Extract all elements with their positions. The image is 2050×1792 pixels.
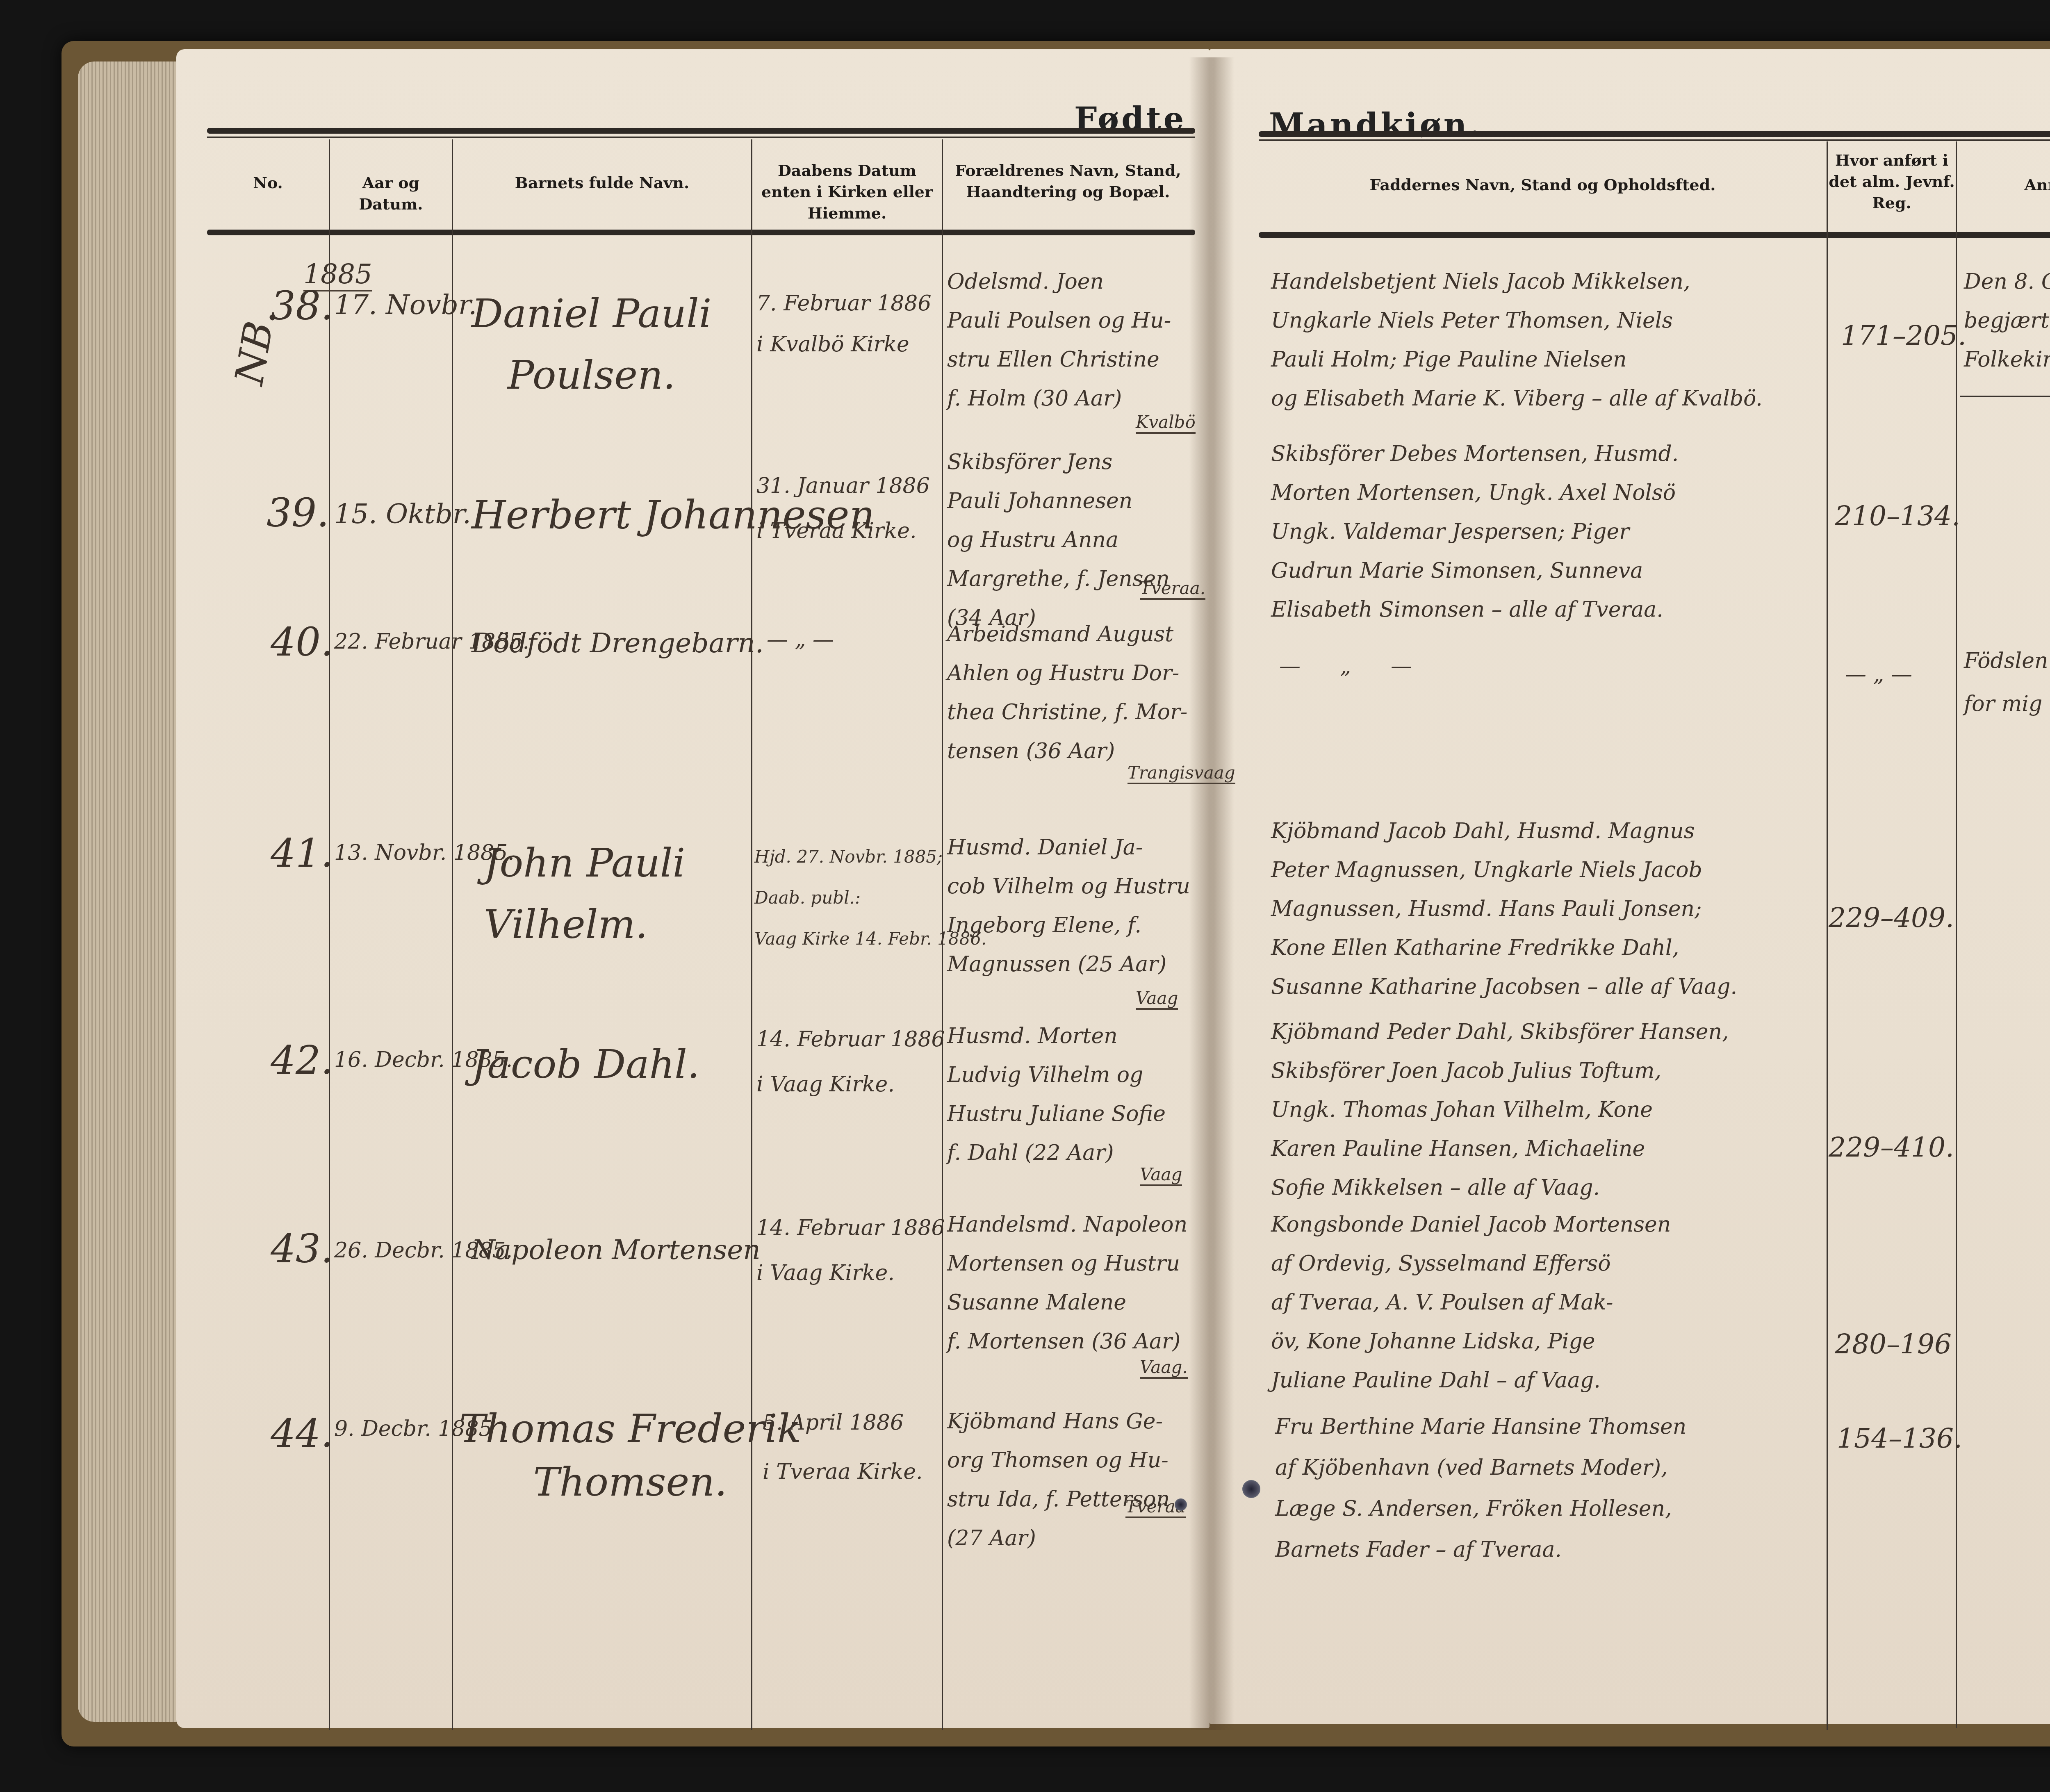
entry-number: 38. [271, 283, 333, 329]
column-header-godparents: Faddernes Navn, Stand og Opholdsfted. [1259, 174, 1827, 196]
column-divider [1827, 141, 1828, 1730]
remarks-divider [1960, 396, 2050, 397]
child-name: Thomas Frederik Thomsen. [459, 1402, 801, 1509]
column-header-parents: Forældrenes Navn, Stand, Haandtering og … [943, 160, 1193, 203]
header-bottom-rule [207, 230, 1195, 235]
register-ref: 280–196 [1835, 1328, 1952, 1360]
residence: Kvalbö [1136, 412, 1196, 434]
residence: Tveraa. [1140, 578, 1205, 600]
residence: Vaag [1136, 988, 1178, 1010]
entry-number: 43. [271, 1226, 333, 1272]
baptism-date: 14. Februar 1886 i Vaag Kirke. [756, 1205, 945, 1296]
right-heading: Mandkiøn. [1269, 107, 1483, 144]
parents: Husmd. Daniel Ja- cob Vilhelm og Hustru … [947, 828, 1190, 984]
godparents: Fru Berthine Marie Hansine Thomsen af Kj… [1275, 1406, 1686, 1570]
column-header-date: Aar og Datum. [330, 172, 452, 215]
child-name: Daniel Pauli Poulsen. [471, 283, 712, 406]
parents: Odelsmd. Joen Pauli Poulsen og Hu- stru … [947, 262, 1171, 418]
child-name: Dödfödt Drengebarn. [471, 627, 764, 659]
residence: Trangisvaag [1127, 763, 1235, 784]
header-top-thin-rule [207, 137, 1195, 138]
child-name: Napoleon Mortensen [471, 1234, 761, 1266]
left-page-edges [78, 61, 180, 1722]
godparents: Kjöbmand Jacob Dahl, Husmd. Magnus Peter… [1271, 812, 1737, 1006]
godparents: Kjöbmand Peder Dahl, Skibsförer Hansen, … [1271, 1013, 1729, 1207]
page-hole [1242, 1480, 1260, 1498]
entry-number: 44. [271, 1410, 333, 1456]
parents: Handelsmd. Napoleon Mortensen og Hustru … [947, 1205, 1187, 1361]
column-header-no: No. [207, 172, 329, 194]
column-header-register: Hvor anført i det alm. Jevnf. Reg. [1828, 150, 1956, 214]
column-divider [329, 139, 330, 1730]
parents: Kjöbmand Hans Ge- org Thomsen og Hu- str… [947, 1402, 1170, 1558]
baptism-date: 14. Februar 1886 i Vaag Kirke. [756, 1017, 945, 1107]
entry-number: 42. [271, 1037, 333, 1083]
entry-number: 39. [266, 490, 329, 536]
register-ref: 154–136. [1837, 1423, 1962, 1454]
godparents: Handelsbetjent Niels Jacob Mikkelsen, Un… [1271, 262, 1763, 418]
baptism-date: 5. April 1886 i Tveraa Kirke. [763, 1398, 923, 1496]
remarks: Den 8. Oktober 1912 begjært sig udmeldt … [1964, 262, 2050, 379]
entry-date: 15. Oktbr. [334, 498, 471, 530]
register-ref: 210–134. [1835, 500, 1960, 532]
register-ref: 229–410. [1829, 1132, 1954, 1163]
column-divider [1956, 141, 1957, 1728]
residence: Vaag [1140, 1164, 1182, 1186]
entry-date: 17. Novbr. [334, 289, 477, 321]
entry-number: 41. [271, 830, 333, 876]
baptism-date: 31. Januar 1886 i Tveraa Kirke. [756, 463, 930, 553]
header-top-rule [207, 128, 1195, 134]
residence: Vaag. [1140, 1357, 1188, 1379]
godparents: Skibsförer Debes Mortensen, Husmd. Morte… [1271, 435, 1679, 629]
header-top-rule-right [1259, 131, 2050, 137]
baptism-date: — „ — [767, 627, 834, 652]
header-top-thin-rule-right [1259, 139, 2050, 141]
register-ref: — „ — [1845, 662, 1912, 687]
page-hole [1175, 1498, 1187, 1511]
column-header-baptism: Daabens Datum enten i Kirken eller Hiemm… [752, 160, 942, 224]
book-gutter [1189, 57, 1234, 1730]
godparents: Kongsbonde Daniel Jacob Mortensen af Ord… [1271, 1205, 1671, 1400]
parents: Arbeidsmand August Ahlen og Hustru Dor- … [947, 615, 1187, 771]
register-ref: 171–205. [1841, 320, 1966, 351]
remarks: Födslen först anmeldt for mig 16. Februa… [1964, 640, 2050, 726]
column-divider [452, 139, 453, 1730]
entry-number: 40. [271, 619, 333, 665]
column-header-child-name: Barnets fulde Navn. [453, 172, 751, 194]
child-name: John Pauli Vilhelm. [484, 832, 685, 955]
parents: Husmd. Morten Ludvig Vilhelm og Hustru J… [947, 1017, 1166, 1173]
column-header-remarks: Anmærkninger. [1957, 174, 2050, 196]
godparents: — „ — [1279, 654, 1428, 679]
baptism-date: 7. Februar 1886 i Kvalbö Kirke [756, 283, 932, 365]
register-ref: 229–409. [1829, 902, 1954, 934]
parents: Skibsförer Jens Pauli Johannesen og Hust… [947, 443, 1170, 638]
header-bottom-rule-right [1259, 232, 2050, 238]
child-name: Jacob Dahl. [471, 1041, 700, 1087]
